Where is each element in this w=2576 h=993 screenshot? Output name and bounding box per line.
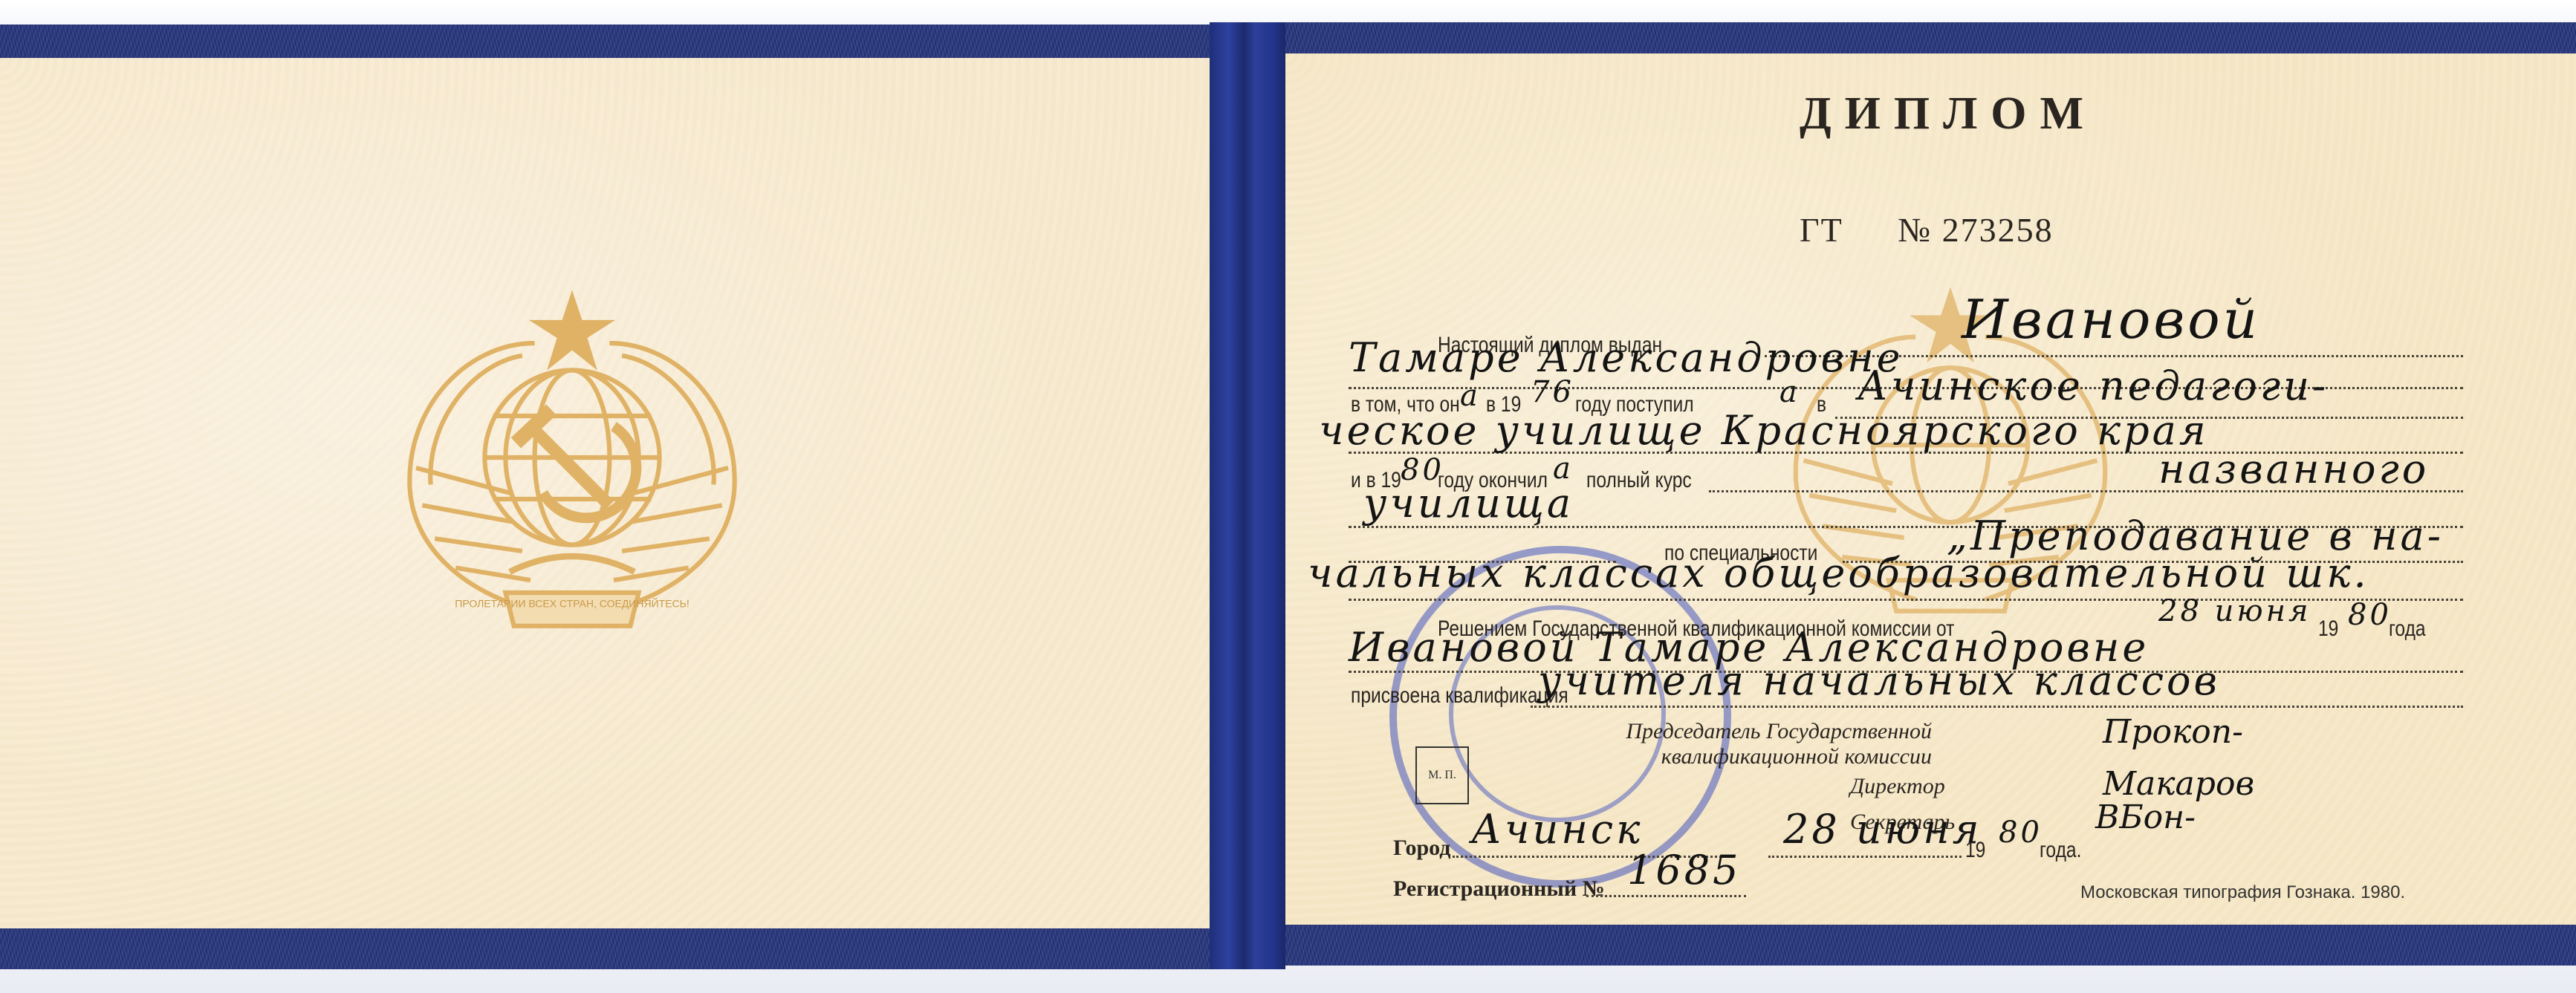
hw-surname: Ивановой [1962, 288, 2260, 351]
label-registration: Регистрационный № [1393, 876, 1605, 902]
label-director: Директор [1850, 774, 1945, 799]
label-goda-dot: года. [2040, 838, 2081, 863]
label-goda: года [2389, 616, 2426, 642]
diploma-title: ДИПЛОМ [1800, 88, 2097, 140]
coat-of-arms-ussr-icon: ПРОЛЕТАРИИ ВСЕХ СТРАН, СОЕДИНЯЙТЕСЬ! [364, 260, 780, 676]
label-city-year: 19 [1965, 838, 1985, 863]
hw-registration-number: 1685 [1627, 847, 1741, 893]
hw-specialty-line2: чальных классах общеобразовательной шк. [1308, 550, 2369, 596]
hw-city-date: 28 июня [1783, 806, 1982, 853]
label-chairman: Председатель Государственной квалификаци… [1531, 719, 1932, 769]
hw-city-year: 80 [1999, 815, 2043, 850]
hw-institution-line1: Ачинское педагоги- [1858, 362, 2329, 409]
signature-secretary: ВБон- [2095, 798, 2196, 836]
printer-imprint: Московская типография Гознака. 1980. [2080, 882, 2405, 903]
hw-institution-line2: ческое училище Красноярского края [1319, 407, 2209, 454]
hw-suffix-2: а [1779, 375, 1800, 409]
signature-director: Макаров [2103, 765, 2254, 803]
hw-year-entered: 76 [1531, 375, 1574, 409]
label-full-course: полный курс [1586, 468, 1692, 493]
label-year-suffix: 19 [2318, 616, 2338, 642]
hw-course-of-2: училища [1363, 480, 1574, 527]
hw-decision-date: 28 июня [2158, 594, 2311, 628]
diploma-number: 273258 [1942, 211, 2054, 249]
hw-course-of: названного [2158, 446, 2429, 492]
label-qualification: присвоена квалификация [1351, 683, 1568, 709]
hw-qualification: учителя начальных классов [1538, 657, 2220, 704]
svg-text:ПРОЛЕТАРИИ ВСЕХ СТРАН, СОЕДИНЯ: ПРОЛЕТАРИИ ВСЕХ СТРАН, СОЕДИНЯЙТЕСЬ! [455, 597, 689, 610]
hw-decision-year: 80 [2348, 598, 2392, 632]
hw-name-patronymic: Тамаре Александровне [1349, 334, 1904, 381]
signature-chairman: Прокоп- [2103, 713, 2243, 751]
series-code: ГТ [1800, 211, 1843, 249]
label-city: Город [1393, 836, 1450, 861]
seal-place-box: М. П. [1415, 746, 1469, 804]
number-sign: № [1898, 211, 1932, 249]
booklet-spine [1210, 22, 1285, 969]
diploma-serial: ГТ № 273258 [1800, 210, 2054, 250]
hw-city: Ачинск [1471, 806, 1643, 853]
